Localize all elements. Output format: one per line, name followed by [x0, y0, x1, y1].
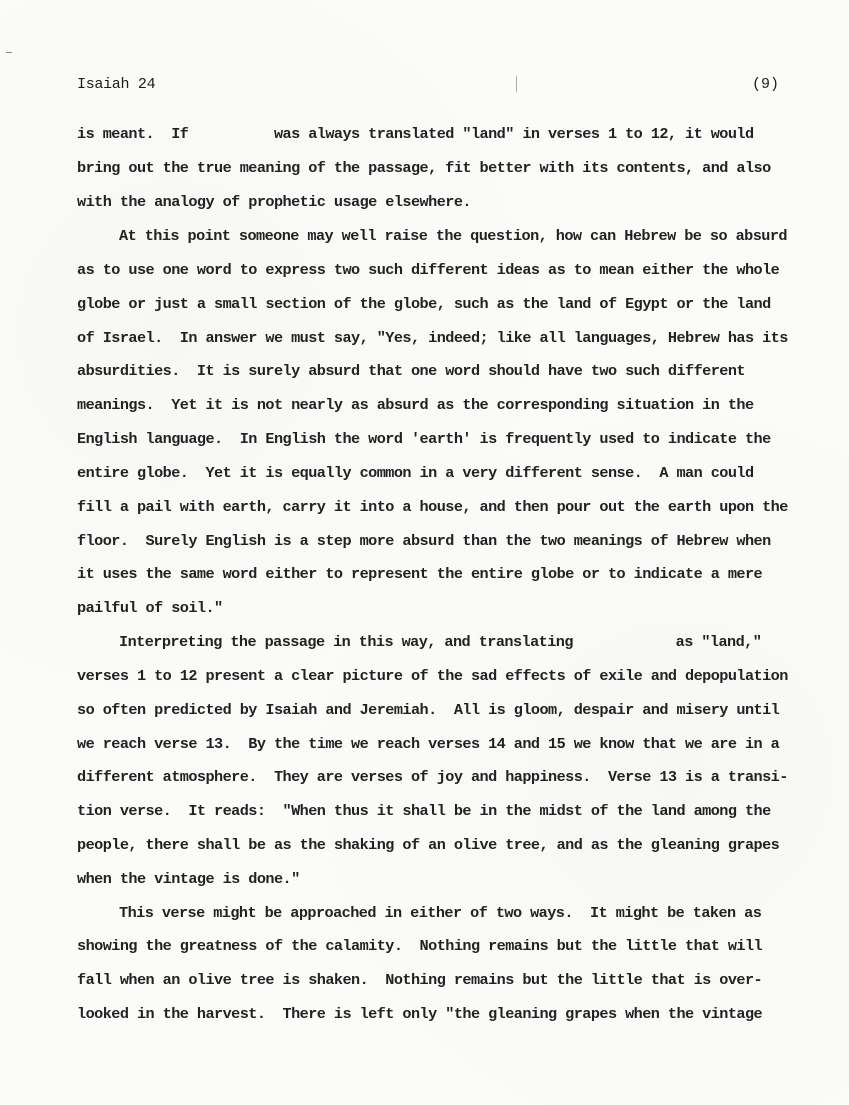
- text-line: absurdities. It is surely absurd that on…: [77, 362, 745, 380]
- text-line: different atmosphere. They are verses of…: [77, 768, 788, 786]
- scan-mark: [516, 76, 517, 92]
- text-line: bring out the true meaning of the passag…: [77, 159, 771, 177]
- text-line: as to use one word to express two such d…: [77, 261, 779, 279]
- text-line: is meant. If was always translated "land…: [77, 125, 754, 143]
- text-line: of Israel. In answer we must say, "Yes, …: [77, 329, 788, 347]
- text-line: it uses the same word either to represen…: [77, 565, 762, 583]
- text-line: tion verse. It reads: "When thus it shal…: [77, 802, 771, 820]
- text-line: This verse might be approached in either…: [119, 904, 761, 922]
- document-page: Isaiah 24 (9) is meant. If was always tr…: [0, 0, 849, 1105]
- text-line: fall when an olive tree is shaken. Nothi…: [77, 971, 762, 989]
- page-header-title: Isaiah 24: [77, 76, 155, 93]
- text-line: showing the greatness of the calamity. N…: [77, 937, 762, 955]
- text-line: we reach verse 13. By the time we reach …: [77, 735, 779, 753]
- text-line: floor. Surely English is a step more abs…: [77, 532, 771, 550]
- text-line: verses 1 to 12 present a clear picture o…: [77, 667, 788, 685]
- text-line: meanings. Yet it is not nearly as absurd…: [77, 396, 754, 414]
- text-line: entire globe. Yet it is equally common i…: [77, 464, 754, 482]
- text-line: fill a pail with earth, carry it into a …: [77, 498, 788, 516]
- text-line: pailful of soil.": [77, 599, 223, 617]
- text-line: globe or just a small section of the glo…: [77, 295, 771, 313]
- text-line: when the vintage is done.": [77, 870, 300, 888]
- scan-mark: [6, 52, 12, 53]
- text-line: people, there shall be as the shaking of…: [77, 836, 779, 854]
- text-line: At this point someone may well raise the…: [119, 227, 787, 245]
- text-line: Interpreting the passage in this way, an…: [119, 633, 761, 651]
- text-line: looked in the harvest. There is left onl…: [77, 1005, 762, 1023]
- text-line: with the analogy of prophetic usage else…: [77, 193, 471, 211]
- text-line: so often predicted by Isaiah and Jeremia…: [77, 701, 779, 719]
- page-number: (9): [752, 76, 779, 93]
- text-line: English language. In English the word 'e…: [77, 430, 771, 448]
